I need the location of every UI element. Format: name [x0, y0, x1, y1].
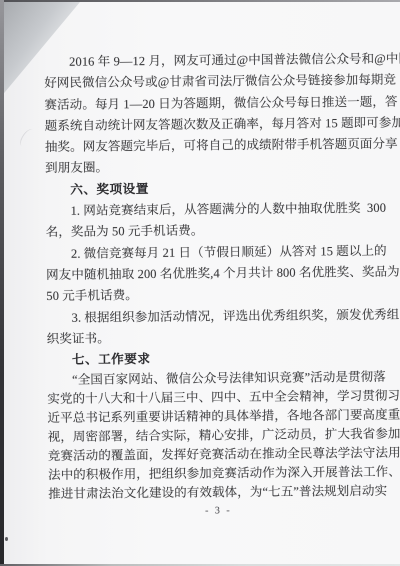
work-req-line: 推进甘肃法治文化建设的有效载体，为“七五”普法规划启动实	[48, 482, 388, 504]
section-awards: 六、奖项设置 1. 网站竞赛结束后，从答题满分的人数中抽取优胜奖 300 名，奖…	[45, 177, 387, 351]
scan-scratch-mark	[18, 127, 37, 150]
scanned-paper-sheet: 2016 年 9—12 月，网友可通过@中国普法微信公众号和@中国 好网民微信公…	[0, 0, 400, 566]
page-number: - 3 -	[48, 504, 388, 518]
scan-edge-left	[0, 0, 4, 566]
award-item-line: 1. 网站竞赛结束后，从答题满分的人数中抽取优胜奖 300	[45, 198, 385, 223]
award-item-2: 2. 微信竞赛每月 21 日（节假日顺延）从答对 15 题以上的 网友中随机抽取…	[46, 240, 387, 307]
scan-edge-top	[0, 0, 400, 2]
section-work-requirements: 七、工作要求 “全国百家网站、微信公众号法律知识竞赛”活动是贯彻落 实党的十八大…	[47, 347, 388, 505]
award-item-3: 3. 根据组织参加活动情况，评选出优秀组织奖，颁发优秀组 织奖证书。	[46, 304, 386, 350]
document-text-block: 2016 年 9—12 月，网友可通过@中国普法微信公众号和@中国 好网民微信公…	[44, 49, 388, 519]
award-item-1: 1. 网站竞赛结束后，从答题满分的人数中抽取优胜奖 300 名，奖品为 50 元…	[45, 198, 385, 244]
work-requirements-paragraph: “全国百家网站、微信公众号法律知识竞赛”活动是贯彻落 实党的十八大和十八届三中、…	[47, 368, 388, 504]
award-item-line: 3. 根据组织参加活动情况，评选出优秀组织奖，颁发优秀组	[46, 304, 386, 329]
award-item-line: 网友中随机抽取 200 名优胜奖,4 个月共计 800 名优胜奖、奖品为	[46, 262, 386, 287]
intro-line: 好网民微信公众号或@甘肃省司法厅微信公众号链接参加每期竞	[44, 70, 384, 95]
intro-paragraph: 2016 年 9—12 月，网友可通过@中国普法微信公众号和@中国 好网民微信公…	[44, 49, 385, 180]
intro-line: 抽奖。网友答题完毕后，可将自己的成绩附带手机答题页面分享	[45, 134, 385, 159]
scan-speck	[5, 537, 8, 541]
